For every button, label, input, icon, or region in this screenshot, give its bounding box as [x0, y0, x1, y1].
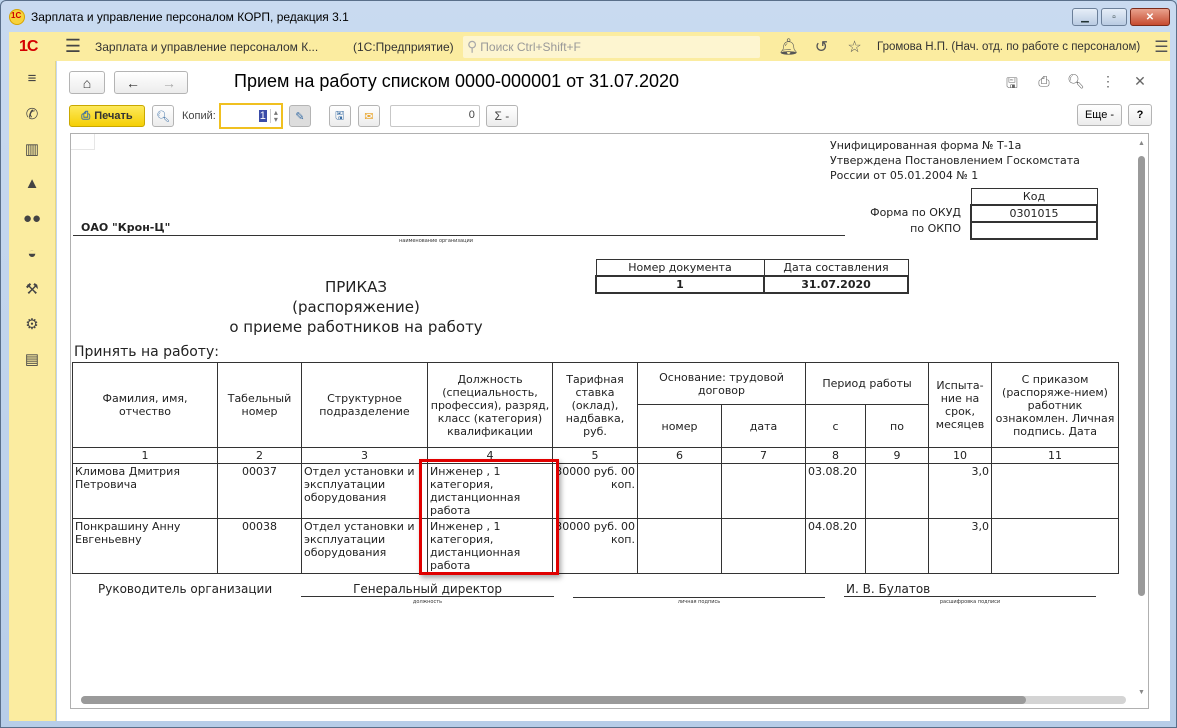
search-placeholder: Поиск Ctrl+Shift+F	[480, 40, 581, 54]
signature-role-label: Руководитель организации	[98, 582, 272, 596]
organization-name: ОАО "Крон-Ц"	[81, 221, 170, 234]
save-icon[interactable]: 🖫	[1002, 73, 1022, 97]
search-icon: ⚲	[467, 38, 477, 55]
horizontal-scrollbar[interactable]	[75, 695, 1135, 704]
code-header: Код	[971, 189, 1097, 206]
star-icon[interactable]: ☆	[838, 37, 871, 57]
current-user[interactable]: Громова Н.П. (Нач. отд. по работе с перс…	[877, 41, 1140, 53]
spreadsheet-document[interactable]: Унифицированная форма № Т-1а Утверждена …	[70, 133, 1149, 709]
sum-button[interactable]: Σ -	[486, 105, 518, 127]
order-title: ПРИКАЗ (распоряжение) о приеме работнико…	[211, 277, 501, 337]
position-highlight-box	[419, 459, 559, 575]
send-email-button[interactable]: ✉	[358, 105, 380, 127]
printer-icon: ⎙	[81, 110, 90, 123]
table-row[interactable]: Понкрашину Анну Евгеньевну 00038 Отдел у…	[73, 519, 1119, 574]
close-window-button[interactable]: ✕	[1130, 8, 1170, 26]
table-row[interactable]: Климова Дмитрия Петровича 00037 Отдел ус…	[73, 464, 1119, 519]
people-icon[interactable]: ●●	[9, 201, 55, 236]
menu-icon[interactable]: ≡	[9, 61, 55, 96]
signature-position: Генеральный директор	[301, 582, 554, 597]
vertical-scrollbar[interactable]: ▲ ▼	[1137, 138, 1146, 694]
main-menu-icon[interactable]: ☰	[55, 36, 91, 57]
horizontal-scroll-thumb[interactable]	[81, 696, 1026, 704]
edit-mode-button[interactable]: ✎	[289, 105, 311, 127]
okpo-value	[971, 222, 1097, 239]
okud-value: 0301015	[971, 205, 1097, 222]
column-numbers-row: 1 2 3 4 5 6 7 8 9 10 11	[73, 448, 1119, 464]
print-button[interactable]: ⎙ Печать	[69, 105, 145, 127]
app-logo-icon	[9, 9, 25, 25]
scroll-up-icon[interactable]: ▲	[1138, 140, 1145, 147]
home-button[interactable]: ⌂	[69, 71, 105, 94]
preview-button[interactable]: 🔍︎	[152, 105, 174, 127]
search-input[interactable]: ⚲ Поиск Ctrl+Shift+F	[463, 36, 760, 58]
brand-logo[interactable]: 1С	[19, 38, 55, 56]
okpo-label: по ОКПО	[831, 222, 961, 235]
org-caption: наименование организации	[399, 238, 473, 244]
gift-icon[interactable]: ▥	[9, 131, 55, 166]
copies-label: Копий:	[182, 110, 216, 122]
maximize-button[interactable]: ▫	[1101, 8, 1127, 26]
signature-name: И. В. Булатов	[844, 582, 1096, 597]
bell-icon[interactable]: 🔔︎	[772, 37, 805, 57]
scroll-down-icon[interactable]: ▼	[1138, 689, 1145, 696]
okud-label: Форма по ОКУД	[831, 206, 961, 219]
wrench-icon[interactable]: ⚒	[9, 271, 55, 306]
help-button[interactable]: ?	[1128, 104, 1152, 126]
corner-cell	[71, 134, 95, 150]
window-title: Зарплата и управление персоналом КОРП, р…	[31, 10, 349, 24]
app-title: Зарплата и управление персоналом К...	[95, 40, 353, 54]
copies-field[interactable]: 1 ▴▾	[219, 103, 283, 129]
history-nav: ← →	[114, 71, 188, 94]
minimize-button[interactable]: ▁	[1072, 8, 1098, 26]
hire-label: Принять на работу:	[74, 344, 219, 360]
employees-table: Фамилия, имя, отчество Табельный номер С…	[72, 362, 1119, 574]
app-window: Зарплата и управление персоналом КОРП, р…	[0, 0, 1177, 728]
copies-stepper[interactable]: ▴▾	[270, 109, 278, 123]
preview-icon[interactable]: 🔍︎	[1066, 73, 1086, 97]
page-title: Прием на работу списком 0000-000001 от 3…	[234, 71, 679, 92]
form-info: Унифицированная форма № Т-1а Утверждена …	[830, 138, 1080, 183]
platform-label: (1С:Предприятие)	[353, 40, 463, 54]
doc-number: 1	[596, 276, 764, 293]
sum-value-field[interactable]: 0	[390, 105, 480, 127]
save-file-button[interactable]: 🖫	[329, 105, 351, 127]
graduation-cap-icon[interactable]: ▲	[9, 166, 55, 201]
doc-date: 31.07.2020	[764, 276, 908, 293]
window-titlebar[interactable]: Зарплата и управление персоналом КОРП, р…	[1, 1, 1176, 32]
helmet-icon[interactable]: ◒	[9, 236, 55, 271]
doc-number-table: Номер документа Дата составления 1 31.07…	[595, 259, 909, 294]
forward-arrow-icon[interactable]: →	[162, 75, 176, 91]
signature-line	[573, 597, 825, 598]
form-area: ⌂ ← → Прием на работу списком 0000-00000…	[57, 61, 1170, 721]
vertical-scroll-thumb[interactable]	[1138, 156, 1145, 596]
more-button[interactable]: Еще -	[1077, 104, 1122, 126]
org-underline	[73, 235, 845, 236]
document-toolbar: ⎙ Печать 🔍︎ Копий: 1 ▴▾ ✎ 🖫 ✉ 0 Σ -	[69, 104, 518, 128]
gear-icon[interactable]: ⚙	[9, 306, 55, 341]
back-arrow-icon[interactable]: ←	[126, 75, 140, 91]
app-header: 1С ☰ Зарплата и управление персоналом К.…	[9, 32, 1170, 61]
close-form-icon[interactable]: ✕	[1130, 73, 1150, 97]
print-icon[interactable]: ⎙	[1034, 73, 1054, 97]
more-actions-icon[interactable]: ⋮	[1098, 73, 1118, 97]
history-icon[interactable]: ↺	[805, 37, 838, 57]
sections-sidebar: ≡ ✆ ▥ ▲ ●● ◒ ⚒ ⚙ ▤	[9, 61, 56, 721]
settings-menu-icon[interactable]: ☰	[1154, 37, 1168, 57]
id-card-icon[interactable]: ▤	[9, 341, 55, 376]
codes-table: Код 0301015	[970, 188, 1098, 240]
phone-icon[interactable]: ✆	[9, 96, 55, 131]
